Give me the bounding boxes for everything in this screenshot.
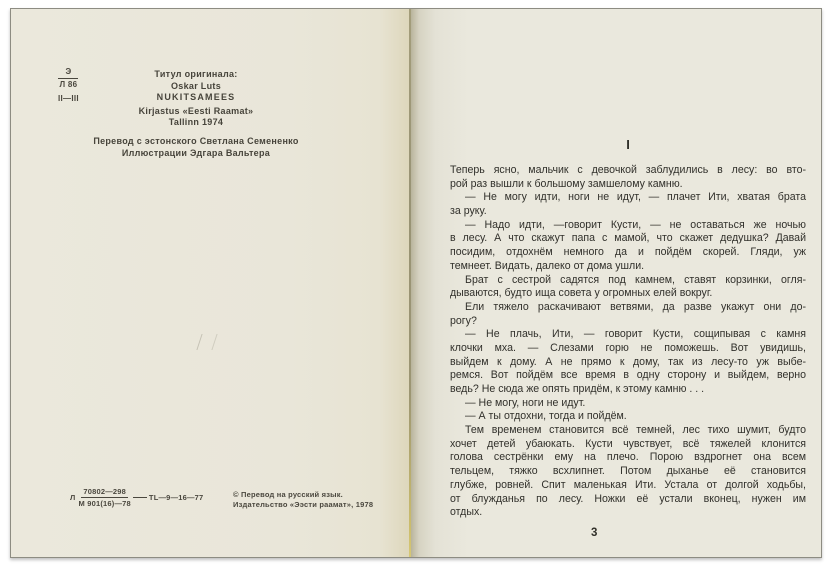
text-line: Тем временем становится всё темней, лес … (450, 424, 806, 438)
text-line: отдых. (450, 506, 806, 520)
text-line: дываются, будто ища совета у огромных ел… (450, 287, 806, 301)
text-line: глубже, ровней. Спит маленькая Ити. Уста… (450, 479, 806, 493)
right-page: I Теперь ясно, мальчик с девочкой заблуд… (411, 9, 821, 557)
index-suffix: TL—9—16—77 (149, 493, 204, 502)
body-text: Теперь ясно, мальчик с девочкой заблудил… (450, 164, 806, 520)
index-fraction: 70802—298 М 901(16)—78 (78, 487, 130, 508)
author-name: Oskar Luts (26, 81, 366, 93)
text-line: — Не могу идти, ноги не идут, — плачет И… (450, 191, 806, 205)
original-title-block: Титул оригинала: Oskar Luts NUKITSAMEES … (26, 69, 366, 129)
left-page: Э Л 86 II—III Титул оригинала: Oskar Lut… (11, 9, 411, 557)
text-line: Теперь ясно, мальчик с девочкой заблудил… (450, 164, 806, 178)
book-scan: Э Л 86 II—III Титул оригинала: Oskar Lut… (0, 0, 830, 583)
pencil-smudge (196, 334, 217, 350)
text-line: — Не плачь, Ити, — говорит Кусти, сощипы… (450, 328, 806, 342)
index-numerator: 70802—298 (81, 487, 128, 498)
text-line: темнеет. Видать, далеко от дома ушли. (450, 260, 806, 274)
original-title: NUKITSAMEES (26, 92, 366, 104)
text-line: хочет детей убаюкать. Кусти чувствует, в… (450, 438, 806, 452)
text-line: — Надо идти, —говорит Кусти, — не остава… (450, 219, 806, 233)
index-denominator: М 901(16)—78 (78, 498, 130, 508)
copyright-line-2: Издательство «Ээсти раамат», 1978 (233, 500, 373, 510)
index-prefix: Л (70, 493, 75, 502)
illustrator-credit: Иллюстрации Эдгара Вальтера (26, 148, 366, 160)
page-number: 3 (591, 527, 597, 539)
text-line: Брат с сестрой садятся под камнем, ставя… (450, 274, 806, 288)
copyright-notice: © Перевод на русский язык. Издательство … (233, 490, 373, 509)
city-year-line: Tallinn 1974 (26, 117, 366, 129)
print-index: Л 70802—298 М 901(16)—78 TL—9—16—77 (70, 487, 203, 508)
text-line: рогу? (450, 315, 806, 329)
text-line: — А ты отдохни, тогда и пойдём. (450, 410, 806, 424)
text-line: в лесу. А что скажут папа с мамой, что с… (450, 232, 806, 246)
text-line: от блужданья по лесу. Ножки её устали вк… (450, 493, 806, 507)
publisher-line: Kirjastus «Eesti Raamat» (26, 106, 366, 118)
text-line: тельцем, тяжко всхлипнет. Потом дыханье … (450, 465, 806, 479)
open-book-spread: Э Л 86 II—III Титул оригинала: Oskar Lut… (10, 8, 822, 558)
chapter-heading: I (450, 137, 806, 152)
text-line: рой раз вышли к большому замшелому камню… (450, 178, 806, 192)
copyright-line-1: © Перевод на русский язык. (233, 490, 373, 500)
text-line: клочки мха. — Слезами горю не поможешь. … (450, 342, 806, 356)
credits-block: Перевод с эстонского Светлана Семененко … (26, 136, 366, 159)
text-line: Ели тяжело раскачивают ветвями, да разве… (450, 301, 806, 315)
text-line: посидим, отдохнём немного да и пойдём ск… (450, 246, 806, 260)
text-line: выйдем к дому. А не прямо к дому, так из… (450, 356, 806, 370)
text-line: голова сестрёнки ему на плечо. Порою взд… (450, 451, 806, 465)
original-title-label: Титул оригинала: (26, 69, 366, 81)
text-line: ремся. Вот пойдём все время в одну сторо… (450, 369, 806, 383)
text-line: за руку. (450, 205, 806, 219)
text-line: — Не могу, ноги не идут. (450, 397, 806, 411)
index-dash (133, 497, 147, 498)
translator-credit: Перевод с эстонского Светлана Семененко (26, 136, 366, 148)
text-line: ведь? Не сюда же опять придём, к этому к… (450, 383, 806, 397)
